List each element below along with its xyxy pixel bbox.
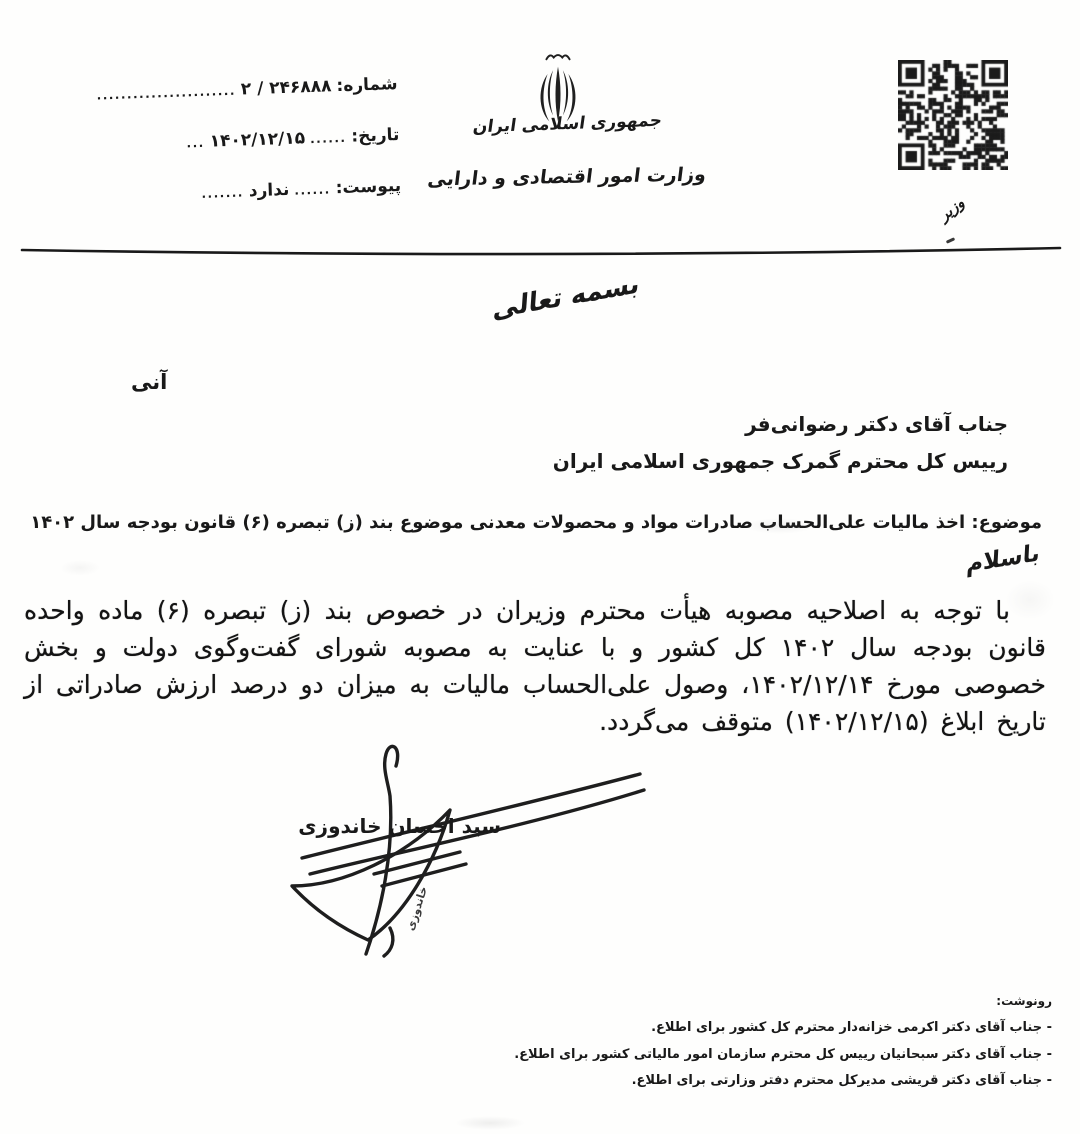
salutation-calligraphy: باسلام — [966, 540, 1041, 578]
scan-smudge — [60, 560, 100, 576]
cc-block: رونوشت: - جناب آقای دکتر اکرمی خزانه‌دار… — [514, 994, 1052, 1095]
cc-item: - جناب آقای دکتر قریشی مدیرکل محترم دفتر… — [514, 1068, 1052, 1095]
scan-smudge — [1005, 580, 1055, 620]
cc-item: - جناب آقای دکتر اکرمی خزانه‌دار محترم ک… — [514, 1015, 1052, 1042]
attachment-dots-left: ....... — [201, 185, 244, 200]
number-value: ۲ / ۲۴۶۸۸۸ — [241, 76, 332, 99]
date-label: تاریخ: — [351, 125, 400, 147]
signatory-name: سید احسان خاندوزی — [306, 814, 501, 838]
date-value: ۱۴۰۲/۱۲/۱۵ — [209, 128, 305, 151]
attachment-dots-right: ...... — [294, 182, 331, 197]
date-dots-right: ...... — [310, 131, 347, 146]
letter-attachment-row: پیوست: ...... ندارد ....... — [56, 176, 401, 208]
header-divider — [20, 246, 1062, 260]
letter-number-row: شماره: ۲ / ۲۴۶۸۸۸ ......................… — [52, 74, 397, 106]
scan-smudge — [745, 518, 815, 534]
scan-smudge — [455, 1116, 525, 1130]
number-label: شماره: — [336, 74, 398, 96]
recipient-block: جناب آقای دکتر رضوانی‌فر رییس کل محترم گ… — [553, 406, 1008, 480]
number-dotted-line: ....................... — [96, 84, 236, 103]
recipient-title: رییس کل محترم گمرک جمهوری اسلامی ایران — [553, 443, 1008, 480]
cc-title: رونوشت: — [514, 994, 1052, 1008]
recipient-name: جناب آقای دکتر رضوانی‌فر — [553, 406, 1008, 443]
scanned-letter-page: شماره: ۲ / ۲۴۶۸۸۸ ......................… — [0, 0, 1080, 1134]
letter-meta-block: شماره: ۲ / ۲۴۶۸۸۸ ......................… — [52, 74, 402, 239]
letter-date-row: تاریخ: ...... ۱۴۰۲/۱۲/۱۵ ... — [54, 125, 399, 157]
subject-line: موضوع: اخذ مالیات علی‌الحساب صادرات مواد… — [30, 512, 1042, 533]
qr-code — [898, 60, 1008, 170]
priority-stamp: آنی — [131, 370, 167, 394]
cc-item: - جناب آقای دکتر سبحانیان رییس کل محترم … — [514, 1042, 1052, 1069]
attachment-label: پیوست: — [335, 176, 401, 198]
attachment-value: ندارد — [248, 180, 289, 201]
ministry-title: وزارت امور اقتصادی و دارایی — [411, 163, 724, 190]
minister-label: وزیر — [935, 194, 967, 225]
minister-signature-dash — [946, 237, 955, 244]
besmellah-calligraphy: بسمه تعالی — [492, 269, 641, 326]
republic-title: جمهوری اسلامی ایران — [424, 109, 712, 139]
signature-block: سید احسان خاندوزی خاندوزی — [278, 732, 658, 960]
date-dots-left: ... — [186, 136, 205, 151]
signature-scribble-icon — [278, 732, 658, 960]
body-paragraph: با توجه به اصلاحیه مصوبه هیأت محترم وزیر… — [24, 592, 1046, 740]
